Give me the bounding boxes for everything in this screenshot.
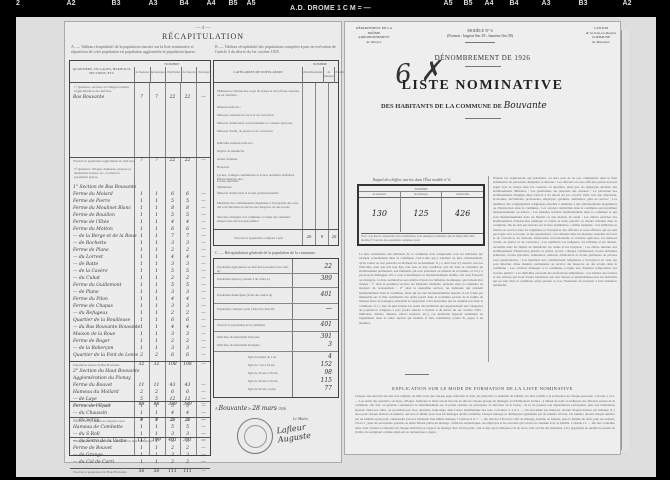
cell-value: 1 (149, 248, 164, 253)
page-edge (621, 30, 629, 450)
cell-value: 7 (165, 234, 180, 239)
cell-value: — (196, 339, 211, 344)
cell-value: 109 (149, 438, 164, 443)
cell-value: 1 (149, 325, 164, 330)
cell-value: 1 (134, 425, 149, 430)
cell-value: 6 (180, 390, 195, 395)
cell-value: 401 (165, 438, 180, 443)
table-c-label: Population comptée à part (Total du cadr… (217, 307, 291, 311)
cell-value: 1 (134, 220, 149, 225)
cell-value: 1 (149, 304, 164, 309)
arrondissement-label: ARRONDISSEMENT (353, 35, 395, 40)
modele-block: MODÈLE N° 6 (Format : largeur 0m 29 ; ha… (425, 28, 535, 38)
table-a-col-header: de ménages (150, 67, 166, 83)
table-a-col-header: de maisons (134, 67, 150, 83)
cell-value: 1 (134, 339, 149, 344)
table-c-value: 4 (298, 353, 336, 360)
row-divider (214, 319, 338, 320)
cell-value: 1 (149, 460, 164, 465)
table-row: Ferme du Moulinet Blanc1188— (70, 206, 210, 213)
rappel-header: NOMBRE de maisons de ménages d'individus (359, 186, 483, 198)
cell-value: — (196, 158, 211, 163)
row-label: Ferme du Bouvet (73, 383, 112, 388)
row-label: Ferme du Pilon (73, 297, 108, 302)
table-c-label: âgés de 60 ans et plus (248, 387, 292, 391)
commune-value: de Bouvante (581, 40, 621, 45)
instructions-right-column: D'après les explications qui précèdent, … (493, 176, 617, 288)
cell-value: 1 (134, 453, 149, 458)
row-label: Ferme du Guillemont (73, 283, 121, 288)
rappel-value-maisons: 130 (359, 198, 400, 232)
row-divider (214, 273, 338, 274)
table-c-value: 115 (298, 377, 336, 384)
table-row: — du Lorrest1144— (70, 255, 210, 262)
cell-value: 1 (149, 411, 164, 416)
cell-value: 1 (134, 318, 149, 323)
table-a-subcolumns: de maisonsde ménagesd'individusde frança… (134, 67, 212, 83)
cell-value: 1 (134, 262, 149, 267)
ruler-mark: A4 (203, 0, 219, 7)
cell-value: 6 (180, 227, 195, 232)
denombrement-title: DÉNOMBREMENT DE 1926 (345, 54, 620, 62)
cell-value: — (196, 446, 211, 451)
row-label: — de la Roberçon (73, 346, 113, 351)
cell-value: 1 (134, 269, 149, 274)
cell-value: 8 (165, 206, 180, 211)
cell-value: 4 (180, 297, 195, 302)
cell-value: 5 (180, 199, 195, 204)
cell-value: 6 (165, 227, 180, 232)
cell-value: 7 (149, 158, 164, 163)
cell-value: 1 (134, 206, 149, 211)
table-b-item: Écoles spéciales (217, 179, 301, 183)
cell-value: 1 (134, 411, 149, 416)
section-c-title: C. — Récapitulation générale de la popul… (215, 250, 339, 255)
cell-value: 1 (149, 220, 164, 225)
cell-value: — (196, 255, 211, 260)
table-row: Quartier de la Font de Lente2266— (70, 353, 210, 360)
cell-value: 2 (165, 460, 180, 465)
cell-value: — (196, 346, 211, 351)
table-c-label: Individus de nationalité française (217, 335, 291, 339)
total-value: 20 (328, 234, 340, 239)
table-c-value: — (298, 305, 336, 312)
column-divider (292, 259, 293, 397)
row-label: — de la Cavère (73, 269, 108, 274)
table-a-col-header: d'individus (165, 67, 181, 83)
cell-value: — (196, 332, 211, 337)
table-row: Maison de la Roue1133— (70, 332, 210, 339)
cell-value: 22 (165, 158, 180, 163)
table-row: — de la Cavère1155— (70, 269, 210, 276)
page-number: — 4 — (65, 26, 341, 31)
table-row: Ferme du Guillemont1155— (70, 283, 210, 290)
row-label: — du Lorrest (73, 255, 103, 260)
table-b-item: Membres des communautés religieuses à l'… (217, 201, 301, 209)
cell-value: 117 (134, 438, 149, 443)
cell-value: 3 (180, 290, 195, 295)
ruler-mark: A2 (619, 0, 635, 7)
rappel-footnote: Il n'y a pas lieu de comprendre ici les … (361, 233, 483, 242)
cell-value: — (196, 362, 211, 367)
cell-value: 5 (180, 213, 195, 218)
cell-value: 1 (134, 241, 149, 246)
departement-block: DÉPARTEMENT DE LA DRÔME ARRONDISSEMENT d… (353, 26, 395, 44)
cell-value: 5 (165, 199, 180, 204)
table-a-population: QUARTIERS, VILLAGES, HAMEAUX, SECTIONS, … (69, 60, 211, 456)
cell-value: 22 (165, 95, 180, 100)
cell-value: 3 (180, 241, 195, 246)
cell-value: 3 (165, 304, 180, 309)
cell-value: 2 (180, 460, 195, 465)
habitants-line: DES HABITANTS DE LA COMMUNE DE Bouvante (381, 101, 547, 111)
arrondissement-value: de Valence (353, 40, 395, 45)
table-c-value: 401 (298, 291, 336, 298)
cell-value: — (196, 206, 211, 211)
cell-value: 43 (180, 383, 195, 388)
ruler-mark: B4 (176, 0, 192, 7)
cell-value: 1 (134, 192, 149, 197)
table-b-subcolumns: d'établissementsde ménagesd'individus (302, 67, 340, 83)
cell-value: 11 (134, 383, 149, 388)
cell-value: 389 (165, 402, 180, 407)
cell-value: 5 (165, 213, 180, 218)
cell-value: 7 (134, 95, 149, 100)
row-label: Ferme de l'Etée (73, 220, 109, 225)
row-label: — de la Berge et de la Roue (73, 234, 137, 239)
cell-value: 3 (180, 453, 195, 458)
cell-value: — (196, 297, 211, 302)
cell-value: 2 (180, 276, 195, 281)
row-divider (214, 351, 338, 352)
row-label: — de Plane (73, 290, 99, 295)
table-row: Hameau du Mollard2266— (70, 390, 210, 397)
table-row: Total de la population du Haut Bouvante5… (70, 468, 210, 475)
table-b-item: Maisons d'arrêt, de justice et de correc… (217, 129, 301, 133)
row-label: — du Bas Bouvante Bouvante (73, 325, 140, 330)
date-label: le (248, 406, 251, 411)
table-c-label: Population municipale (Total des cadres … (217, 293, 291, 297)
cell-value: 1 (134, 283, 149, 288)
cell-value: 2 (165, 311, 180, 316)
table-b-item: Maisons centrales de force et de correct… (217, 113, 301, 117)
cell-value: 5 (165, 425, 180, 430)
row-label: Agglomération du Pionay (73, 376, 131, 381)
cell-value: 1 (149, 297, 164, 302)
row-label: Maison de la Roue (73, 332, 115, 337)
row-label: Ferme de Bouvet (73, 446, 112, 451)
cell-value: — (196, 311, 211, 316)
row-label: Total de la population du Haut Bouvante (73, 470, 127, 474)
row-label: Ferme de Bouillon (73, 213, 115, 218)
row-label: — du Col de Carri (73, 460, 114, 465)
column-separator (488, 176, 489, 362)
cell-value: 6 (165, 353, 180, 358)
table-row: Agglomération du Pionay (70, 376, 210, 383)
cell-value: 88 (134, 402, 149, 407)
cell-value: 2 (180, 248, 195, 253)
cell-value: 3 (165, 346, 180, 351)
cell-value: 1 (149, 241, 164, 246)
rappel-value-menages: 125 (400, 198, 442, 232)
cell-value: 1 (149, 453, 164, 458)
cell-value: — (196, 418, 211, 423)
table-c-label: âgés de 1 an à 19 ans (248, 363, 292, 367)
table-row: — de Batte1133— (70, 262, 210, 269)
row-label: — du Cuhat (73, 276, 100, 281)
table-row: Ferme de Bouillon1155— (70, 213, 210, 220)
table-b-col-header: de ménages (323, 67, 334, 83)
cell-value: 391 (180, 438, 195, 443)
cell-value: 3 (165, 453, 180, 458)
cell-value: 20 (165, 418, 180, 423)
cell-value: 1 (134, 297, 149, 302)
cell-value: 1 (134, 304, 149, 309)
cell-value: — (196, 411, 211, 416)
row-label: Ferme du Molard (73, 192, 113, 197)
cell-value: 1 (134, 276, 149, 281)
cell-value: 1 (149, 227, 164, 232)
cell-value: 1 (134, 446, 149, 451)
cell-value: 1 (149, 318, 164, 323)
cell-value: 1 (149, 332, 164, 337)
row-label: Hameau de Combette (73, 425, 123, 430)
cell-value: 1 (149, 290, 164, 295)
table-row: Hameau de Combette1155— (70, 425, 210, 432)
subhead-eparse: 2° Quartiers, villages, hameaux, groupes… (74, 167, 132, 179)
scale-indicator: 1 C M = — (337, 5, 371, 12)
table-b-item: Séminaires (217, 185, 301, 189)
cell-value: 108 (165, 362, 180, 367)
cell-value: 6 (165, 318, 180, 323)
table-row: Chiffre de la population comptée à part9… (70, 417, 210, 424)
column-divider (328, 83, 329, 245)
cell-value: — (196, 290, 211, 295)
rappel-title: Rappel des chiffres inscrits dans l'État… (357, 178, 467, 182)
table-b-item: Individus internés dans les : (217, 141, 301, 145)
table-row: — de la Roberçon1133— (70, 346, 210, 353)
cell-value: 1 (134, 248, 149, 253)
rappel-values: 130 125 426 (359, 198, 483, 232)
section-a-title: A. — Tableau récapitulatif de la populat… (71, 44, 205, 54)
cell-value: — (196, 390, 211, 395)
row-label: Ferme du Motton (73, 227, 113, 232)
page-title: RÉCAPITULATION (65, 32, 341, 41)
table-row: Population éparse de Bas Bouvante3232108… (70, 361, 210, 368)
table-row: — du Col de Carri1122— (70, 460, 210, 467)
cell-value: — (196, 248, 211, 253)
cell-value: 108 (180, 362, 195, 367)
divider (465, 118, 501, 119)
cell-value: 20 (180, 418, 195, 423)
row-label: Chiffre de la population comptée à part (73, 419, 125, 423)
row-label: Bas Bouvante (73, 95, 104, 100)
cell-value: 2 (180, 311, 195, 316)
row-label: Quartier de la Bouillouse (73, 318, 130, 323)
table-b-col-header: d'établissements (302, 67, 323, 83)
ruler-mark: A5 (440, 0, 456, 7)
table-a-header-group: NOMBRE (134, 62, 210, 66)
table-b-item: Hospices (217, 165, 301, 169)
table-c-label: Population agglomérée au chef-lieu (colo… (217, 265, 291, 273)
cell-value: 111 (165, 469, 180, 474)
cell-value: 1 (134, 311, 149, 316)
cell-value: — (196, 269, 211, 274)
row-label: Hameau du Mollard (73, 390, 119, 395)
cell-value: 4 (165, 255, 180, 260)
divider (465, 42, 495, 43)
cell-value: 2 (149, 353, 164, 358)
row-label: Ferme de Plane (73, 248, 109, 253)
cell-value: 2 (180, 446, 195, 451)
table-row: — de la Berge et de la Roue1177— (70, 234, 210, 241)
cell-value: 6 (180, 318, 195, 323)
row-label: — de Batte (73, 262, 98, 267)
cell-value: 1 (149, 283, 164, 288)
ruler-mark: B3 (108, 0, 124, 7)
table-c-recapitulation-generale: Population agglomérée au chef-lieu (colo… (213, 258, 339, 398)
table-row: 2° Section du Haut Bouvante (70, 369, 210, 376)
table-c-label: Individus de nationalité étrangère (217, 343, 291, 347)
table-c-label: âgés de moins de 1 an (248, 355, 292, 359)
row-divider (214, 303, 338, 304)
cell-value: 2 (165, 446, 180, 451)
cell-value: 9 (134, 418, 149, 423)
cell-value: 1 (149, 311, 164, 316)
cell-value: 111 (180, 469, 195, 474)
cell-value: 3 (180, 262, 195, 267)
table-row: Bas Bouvante772222— (70, 95, 210, 102)
cell-value: 4 (180, 325, 195, 330)
table-row: — du Bas Bouvante Bouvante1144— (70, 325, 210, 332)
row-label: 1° Section de Bas Bouvante (73, 185, 136, 190)
ruler-mark: B3 (575, 0, 591, 7)
table-b-item: Militaires et marins des corps de troupe… (217, 89, 301, 97)
table-row: — du Refugeux1122— (70, 311, 210, 318)
table-row: 1° Section de Bas Bouvante (70, 185, 210, 192)
subhead-agglomeree: 1° Quartiers, sections ou villages forma… (74, 85, 132, 93)
cell-value: 4 (180, 255, 195, 260)
left-page-recapitulation: — 4 — RÉCAPITULATION A. — Tableau récapi… (64, 21, 342, 463)
archive-title: A.D. DROME (290, 5, 335, 12)
ruler-mark: 2 (10, 0, 26, 7)
cell-value: 5 (180, 269, 195, 274)
cell-value: 3 (165, 332, 180, 337)
cell-value: — (196, 425, 211, 430)
cell-value: 4 (165, 297, 180, 302)
table-b-item: Maisons d'éducation et écoles profession… (217, 191, 301, 195)
cell-value: 1 (134, 460, 149, 465)
cell-value: 3 (180, 346, 195, 351)
cell-value: — (196, 402, 211, 407)
ruler-mark: A3 (145, 0, 161, 7)
table-row: Ferme de Bouvet1122— (70, 446, 210, 453)
cell-value: 1 (149, 269, 164, 274)
total-value: 9 (316, 234, 328, 239)
cell-value: 1 (134, 332, 149, 337)
cell-value: 9 (149, 418, 164, 423)
departement: DÉPARTEMENT DE LA DRÔME (353, 26, 395, 35)
cell-value: 1 (134, 255, 149, 260)
table-b-item: Dépôts de mendicité (217, 149, 301, 153)
table-row: — de Plane1133— (70, 290, 210, 297)
table-c-value: 389 (298, 275, 336, 282)
cell-value: 2 (165, 339, 180, 344)
cell-value: 4 (165, 220, 180, 225)
table-c-value: 391 (298, 333, 336, 340)
table-row: Ferme de Pierre1155— (70, 199, 210, 206)
table-row: Ferme de l'Etée1144— (70, 220, 210, 227)
table-row: Quartier de la Bouillouse1166— (70, 318, 210, 325)
cell-value: 4 (165, 325, 180, 330)
table-row: Ferme de Plane1122— (70, 248, 210, 255)
cell-value: 32 (134, 362, 149, 367)
table-row: Total général de la population inscrite … (70, 437, 210, 444)
cell-value: 22 (180, 95, 195, 100)
cell-value: 2 (149, 390, 164, 395)
cell-value: 1 (149, 206, 164, 211)
cell-value: — (196, 227, 211, 232)
cell-value: — (196, 383, 211, 388)
cell-value: 6 (165, 390, 180, 395)
column-divider (302, 83, 303, 245)
table-row: Ferme du Motton1166— (70, 227, 210, 234)
cell-value: 7 (149, 95, 164, 100)
place-handwritten: Bouvante (219, 405, 248, 412)
row-label: Ferme de Chapas (73, 304, 113, 309)
date-handwritten: 28 mars (252, 405, 277, 412)
table-a-col-header: de français (181, 67, 197, 83)
place-label: A (215, 406, 218, 411)
row-label: — de Grange (73, 453, 103, 458)
cell-value: 1 (149, 425, 164, 430)
cell-value: 1 (149, 255, 164, 260)
cell-value: 3 (180, 332, 195, 337)
table-b-item: Maisons d'éducation correctionnelle et c… (217, 121, 301, 125)
rappel-chiffres-box: NOMBRE de maisons de ménages d'individus… (357, 184, 485, 246)
row-label: — du Refugeux (73, 311, 108, 316)
ruler-mark: A4 (481, 0, 497, 7)
rappel-columns: de maisons de ménages d'individus (359, 191, 483, 198)
cell-value: 5 (180, 283, 195, 288)
table-row: — du Cuhat1122— (70, 276, 210, 283)
mairie-stamp-icon (237, 418, 273, 454)
cell-value: 1 (134, 234, 149, 239)
table-row: Ferme de Chapas1133— (70, 304, 210, 311)
table-c-value: 152 (298, 361, 336, 368)
cell-value: 6 (165, 192, 180, 197)
table-a-header-label: QUARTIERS, VILLAGES, HAMEAUX, SECTIONS, … (72, 67, 132, 75)
row-label: — du Chaussin (73, 411, 107, 416)
year: 1926 (278, 406, 286, 411)
total-label: Total de la population comptée à part (234, 236, 283, 240)
cell-value: 1 (149, 339, 164, 344)
cell-value: 2 (165, 276, 180, 281)
cell-value: 4 (180, 411, 195, 416)
cell-value: 88 (149, 402, 164, 407)
table-row: Total de la population éparse8888389389— (70, 401, 210, 408)
cell-value: 56 (149, 469, 164, 474)
table-c-value: 3 (298, 341, 336, 348)
cell-value: 5 (165, 269, 180, 274)
cell-value: 1 (134, 346, 149, 351)
cell-value: 7 (180, 234, 195, 239)
canton-block: CANTON de St-Jean-en-Royans COMMUNE de B… (581, 26, 621, 44)
table-c-label: âgés de 20 ans à 39 ans (248, 371, 292, 375)
cell-value: 6 (180, 192, 195, 197)
row-label: Ferme de Roger (73, 339, 110, 344)
row-label: Population éparse de Bas Bouvante (73, 363, 120, 367)
